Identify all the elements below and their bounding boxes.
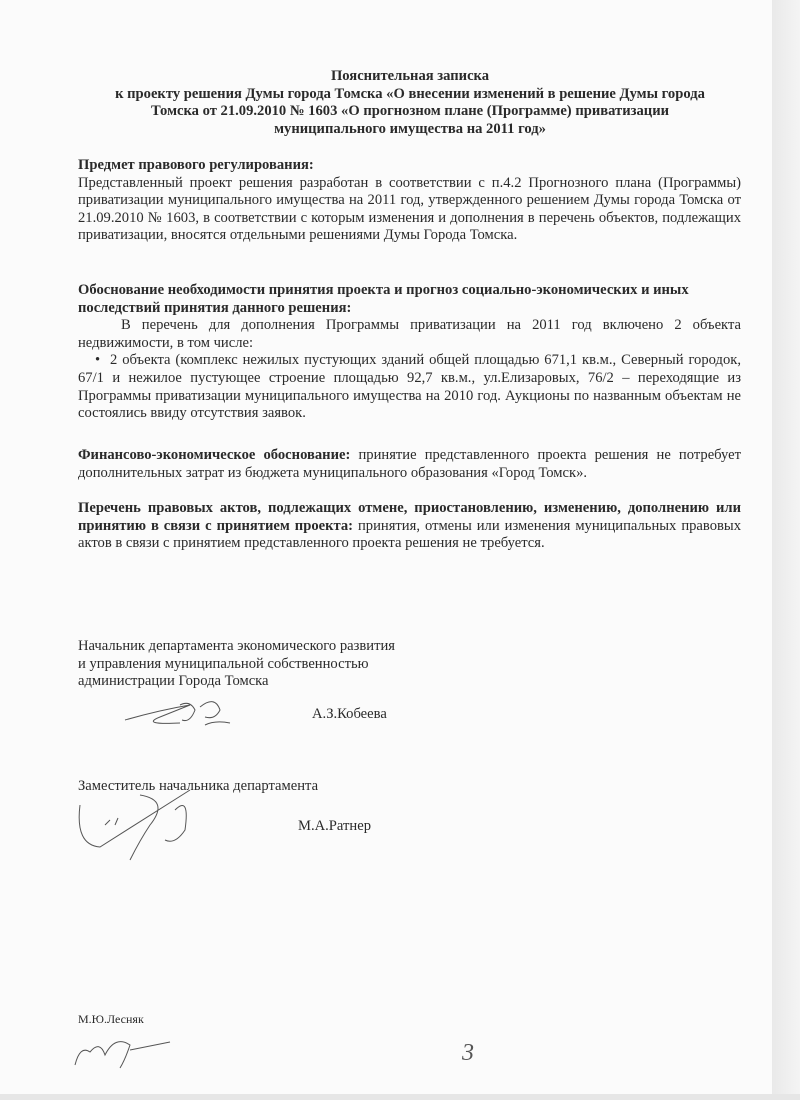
handwritten-signature-icon — [70, 785, 220, 865]
page-number: 3 — [462, 1040, 474, 1067]
list-item-text: 2 объекта (комплекс нежилых пустующих зд… — [78, 352, 741, 421]
title-line: муниципального имущества на 2011 год» — [70, 121, 750, 139]
bullet-icon: • — [95, 352, 110, 368]
scan-bottom-edge — [0, 1094, 800, 1100]
section-heading: Обоснование необходимости принятия проек… — [78, 282, 718, 317]
title-line: Томска от 21.09.2010 № 1603 «О прогнозно… — [70, 103, 750, 121]
position-line: Начальник департамента экономического ра… — [78, 638, 395, 656]
title-line: Пояснительная записка — [70, 68, 750, 86]
section-financial: Финансово-экономическое обоснование: при… — [78, 447, 741, 482]
handwritten-signature-icon — [120, 695, 250, 735]
section-text: В перечень для дополнения Программы прив… — [78, 317, 741, 352]
position-line: администрации Города Томска — [78, 673, 395, 691]
section-justification: Обоснование необходимости принятия проек… — [78, 282, 741, 423]
signer-name: М.А.Ратнер — [298, 818, 371, 835]
section-heading: Предмет правового регулирования: — [78, 157, 741, 175]
scan-edge — [772, 0, 800, 1100]
section-acts: Перечень правовых актов, подлежащих отме… — [78, 500, 741, 553]
signer-name: А.З.Кобеева — [312, 706, 387, 723]
signature-block-head: Начальник департамента экономического ра… — [78, 638, 395, 691]
position-line: и управления муниципальной собственность… — [78, 656, 395, 674]
handwritten-signature-icon — [70, 1030, 180, 1070]
title-line: к проекту решения Думы города Томска «О … — [70, 86, 750, 104]
document-title: Пояснительная записка к проекту решения … — [70, 68, 750, 138]
executor-name: М.Ю.Лесняк — [78, 1012, 144, 1027]
list-item: • 2 объекта (комплекс нежилых пустующих … — [78, 352, 741, 422]
section-text: Представленный проект решения разработан… — [78, 175, 741, 245]
section-subject: Предмет правового регулирования: Предста… — [78, 157, 741, 245]
section-heading: Финансово-экономическое обоснование: — [78, 447, 350, 463]
